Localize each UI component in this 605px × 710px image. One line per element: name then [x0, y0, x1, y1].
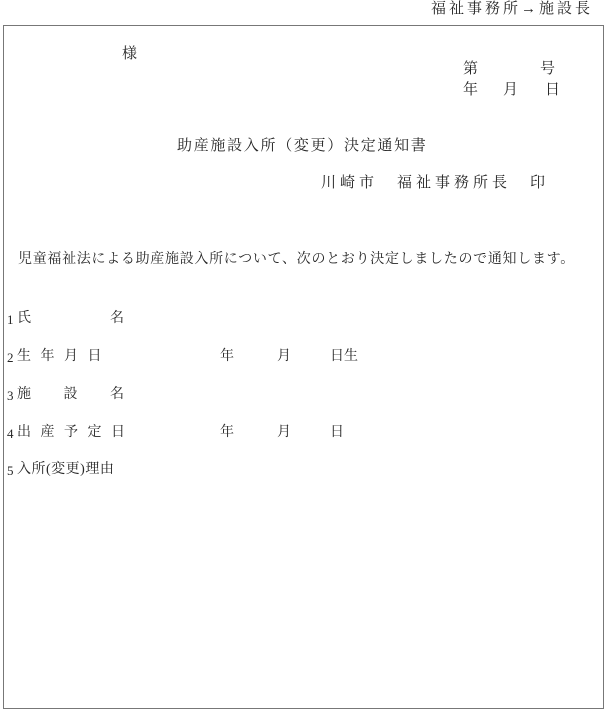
item-label-reason: 入所(変更)理由: [17, 463, 114, 477]
form-border-box: [3, 25, 604, 709]
due-date-day-label: 日: [330, 426, 344, 440]
form-item-row-facility: 3 施設名: [0, 388, 605, 404]
birthdate-day-label: 日生: [330, 350, 358, 364]
notice-body-text: 児童福祉法による助産施設入所について、次のとおり決定しましたので通知します。: [18, 253, 575, 267]
item-label-name: 氏名: [17, 312, 124, 326]
routing-note: 福祉事務所→施設長: [431, 2, 593, 17]
doc-number-prefix: 第: [463, 62, 478, 77]
issue-date-year-label: 年: [463, 83, 478, 98]
notice-document-page: 福祉事務所→施設長 様 第 号 年 月 日 助産施設入所（変更）決定通知書 川崎…: [0, 0, 605, 710]
item-number: 2: [7, 351, 14, 364]
item-number: 3: [7, 389, 14, 402]
birthdate-year-label: 年: [220, 350, 234, 364]
addressee-suffix: 様: [122, 47, 137, 62]
item-label-facility: 施設名: [17, 388, 124, 402]
issue-date-month-label: 月: [503, 83, 518, 98]
item-number: 1: [7, 313, 14, 326]
form-item-row-name: 1 氏名: [0, 312, 605, 328]
item-label-birthdate: 生年月日: [17, 350, 111, 364]
doc-number-suffix: 号: [540, 62, 555, 77]
document-title: 助産施設入所（変更）決定通知書: [177, 139, 428, 154]
issuer-line: 川崎市 福祉事務所長 印: [321, 176, 549, 191]
form-item-row-due-date: 4 出産予定日 年 月 日: [0, 426, 605, 442]
birthdate-month-label: 月: [277, 350, 291, 364]
due-date-year-label: 年: [220, 426, 234, 440]
item-number: 4: [7, 427, 14, 440]
form-item-row-birthdate: 2 生年月日 年 月 日生: [0, 350, 605, 366]
issue-date-day-label: 日: [545, 83, 560, 98]
due-date-month-label: 月: [277, 426, 291, 440]
item-label-due-date: 出産予定日: [17, 426, 135, 440]
item-number: 5: [7, 464, 14, 477]
form-item-row-reason: 5 入所(変更)理由: [0, 463, 605, 479]
